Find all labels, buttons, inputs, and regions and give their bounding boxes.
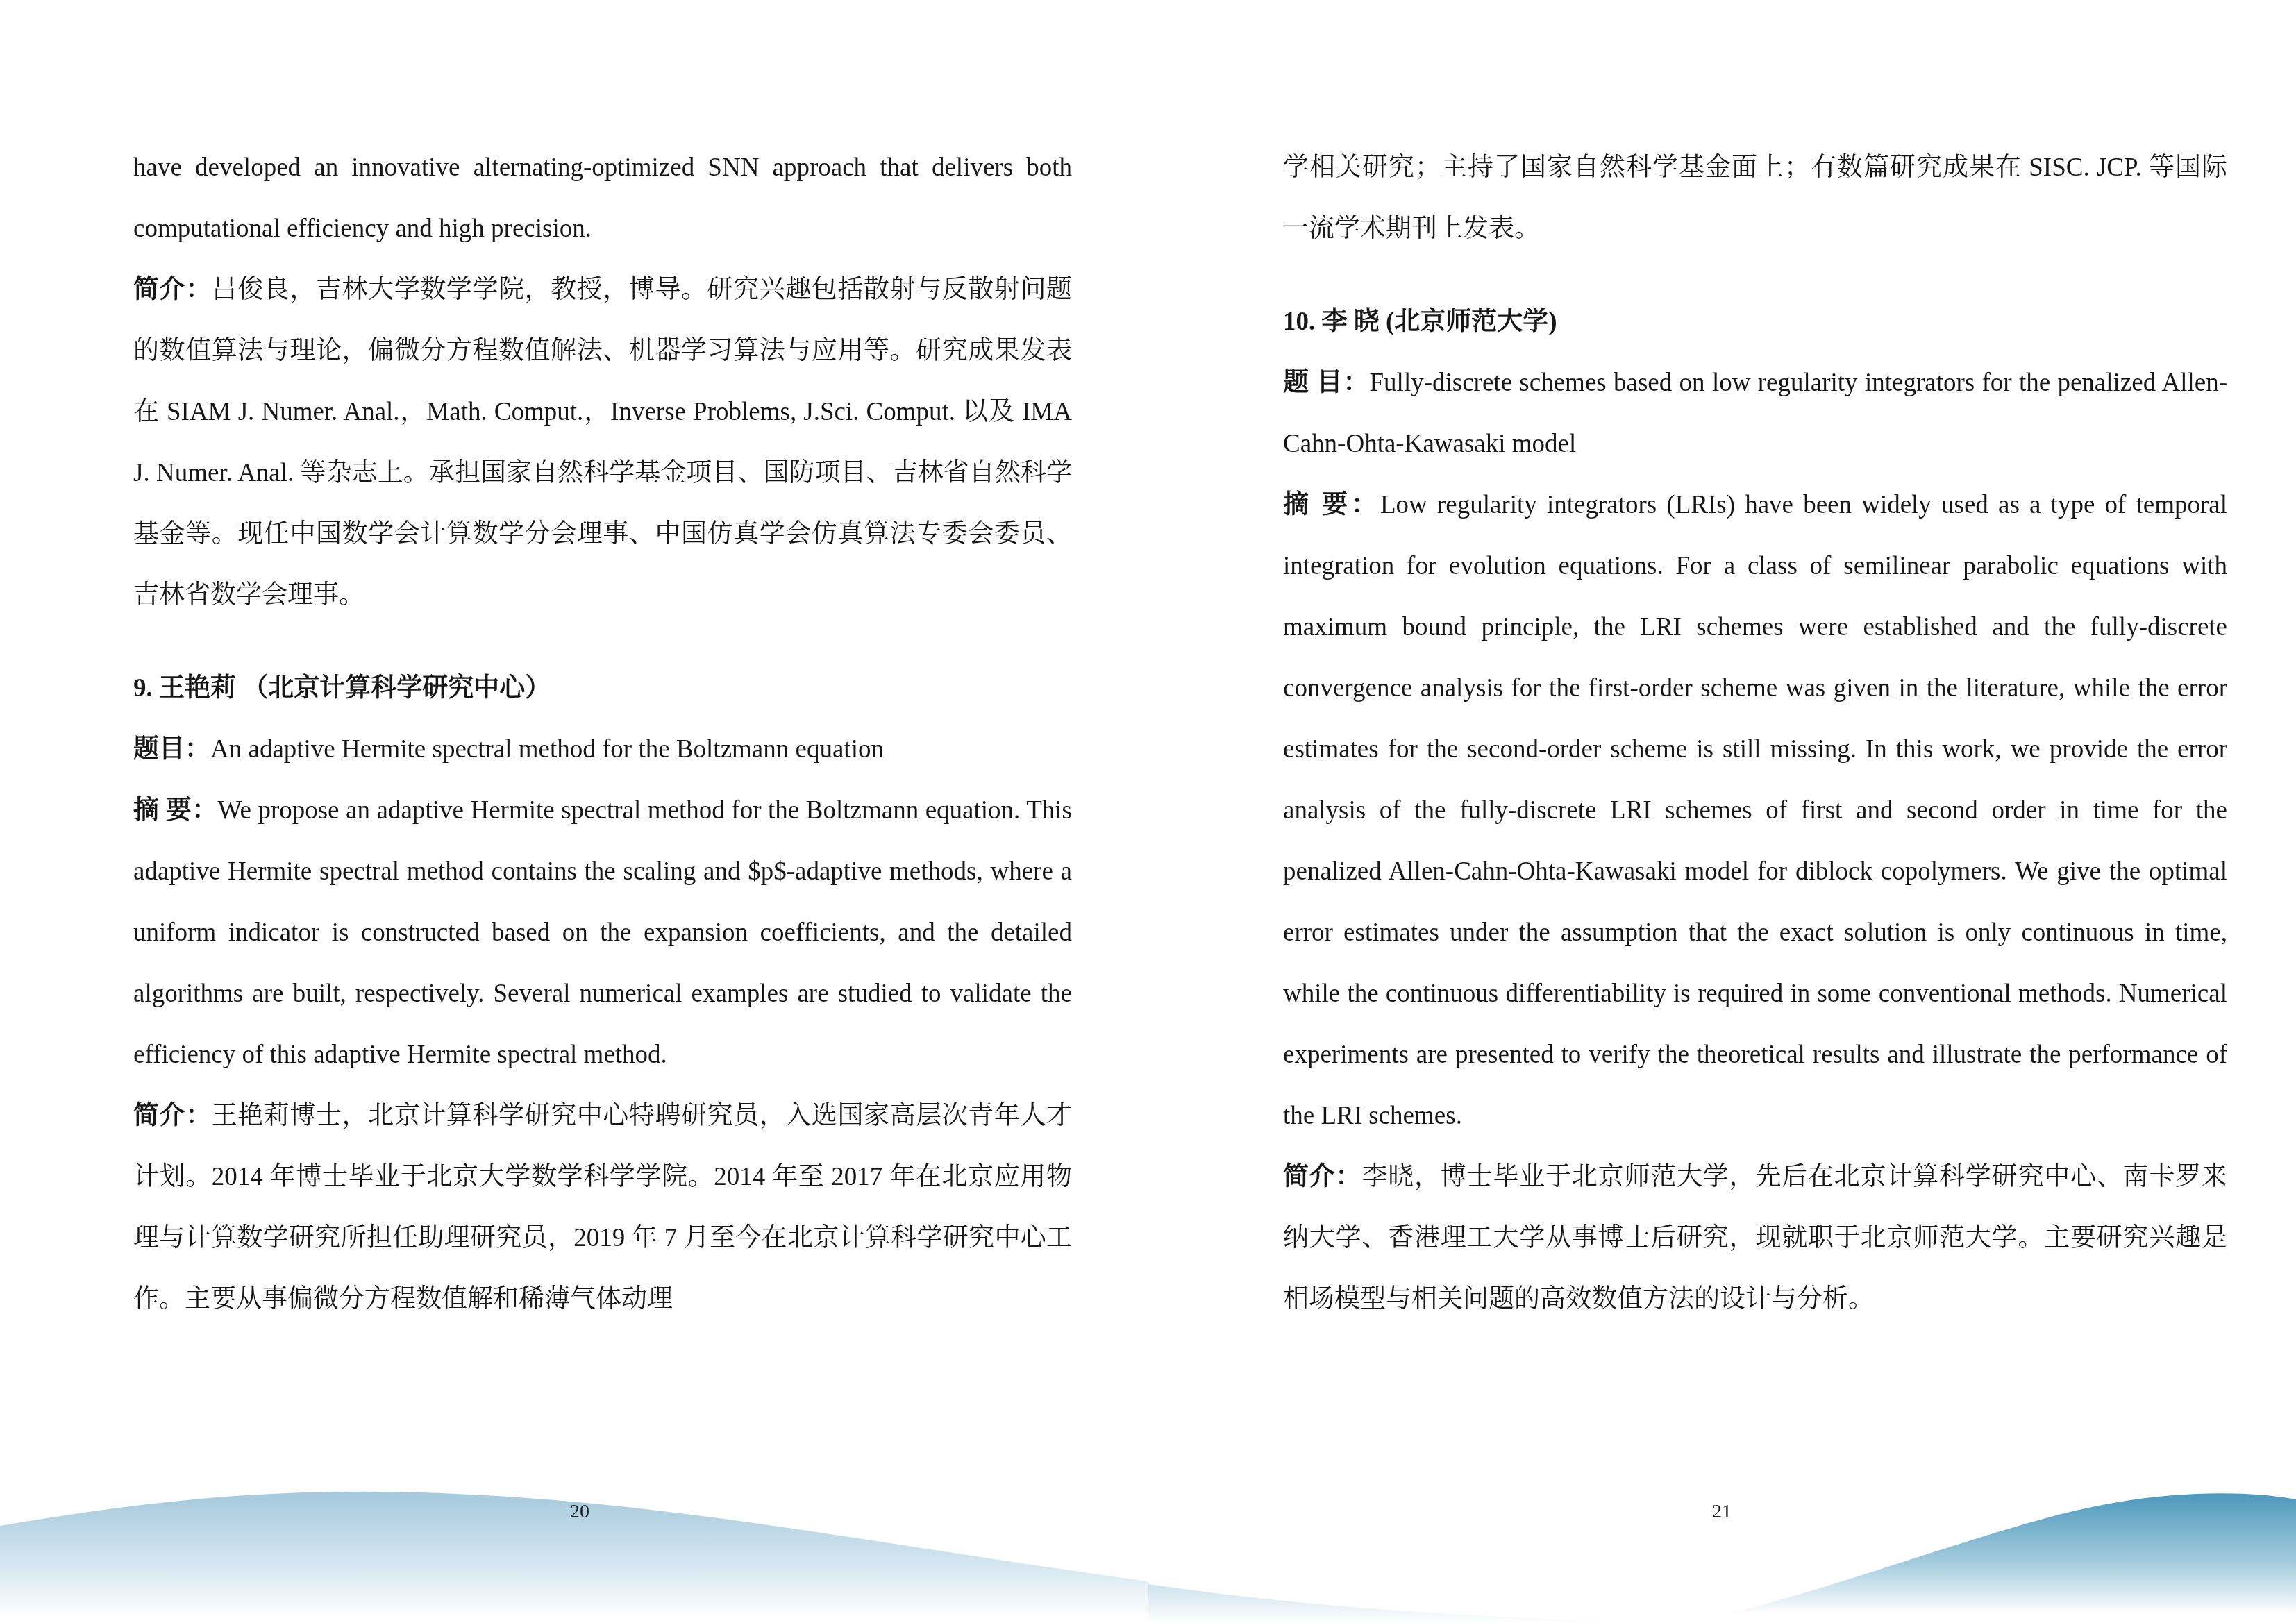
speaker9-title-text: An adaptive Hermite spectral method for … — [210, 735, 884, 764]
left-page-text-column: have developed an innovative alternating… — [133, 137, 1072, 1330]
speaker9-bio-paragraph: 简介：王艳莉博士，北京计算科学研究中心特聘研究员，入选国家高层次青年人才计划。2… — [133, 1086, 1072, 1330]
speaker10-bio-label: 简介： — [1283, 1163, 1361, 1191]
left-continuation-paragraph: have developed an innovative alternating… — [133, 137, 1072, 260]
speaker9-abstract-label: 摘 要： — [133, 796, 217, 825]
speaker8-bio-paragraph: 简介：吕俊良，吉林大学数学学院，教授，博导。研究兴趣包括散射与反散射问题的数值算… — [133, 260, 1072, 626]
speaker8-bio-text: 吕俊良，吉林大学数学学院，教授，博导。研究兴趣包括散射与反散射问题的数值算法与理… — [133, 276, 1072, 609]
speaker9-abstract-paragraph: 摘 要：We propose an adaptive Hermite spect… — [133, 780, 1072, 1086]
speaker10-abstract-text: Low regularity integrators (LRIs) have b… — [1283, 491, 2227, 1130]
speaker10-heading: 10. 李 晓 (北京师范大学) — [1283, 292, 2227, 353]
speaker9-title-label: 题目： — [133, 735, 210, 764]
speaker10-title-label: 题 目： — [1283, 369, 1370, 397]
speaker9-heading: 9. 王艳莉 （北京计算科学研究中心） — [133, 658, 1072, 719]
speaker10-abstract-label: 摘 要： — [1283, 491, 1380, 519]
right-continuation-paragraph: 学相关研究；主持了国家自然科学基金面上；有数篇研究成果在 SISC. JCP. … — [1283, 137, 2227, 260]
speaker10-title-text: Fully-discrete schemes based on low regu… — [1283, 369, 2227, 458]
speaker10-abstract-paragraph: 摘 要：Low regularity integrators (LRIs) ha… — [1283, 475, 2227, 1147]
page-number-right: 21 — [1687, 1501, 1757, 1523]
speaker10-title-paragraph: 题 目：Fully-discrete schemes based on low … — [1283, 353, 2227, 475]
right-page-text-column: 学相关研究；主持了国家自然科学基金面上；有数篇研究成果在 SISC. JCP. … — [1283, 137, 2227, 1330]
speaker10-bio-paragraph: 简介：李晓，博士毕业于北京师范大学，先后在北京计算科学研究中心、南卡罗来纳大学、… — [1283, 1147, 2227, 1330]
speaker9-title-paragraph: 题目：An adaptive Hermite spectral method f… — [133, 719, 1072, 780]
page-number-left: 20 — [545, 1501, 614, 1523]
speaker10-bio-text: 李晓，博士毕业于北京师范大学，先后在北京计算科学研究中心、南卡罗来纳大学、香港理… — [1283, 1163, 2227, 1313]
right-page-teal-wave — [1687, 1493, 2296, 1623]
speaker8-bio-label: 简介： — [133, 276, 212, 304]
speaker9-abstract-text: We propose an adaptive Hermite spectral … — [133, 796, 1072, 1069]
speaker9-bio-text: 王艳莉博士，北京计算科学研究中心特聘研究员，入选国家高层次青年人才计划。2014… — [133, 1102, 1072, 1313]
booklet-two-page-spread: have developed an innovative alternating… — [0, 0, 2296, 1623]
speaker9-bio-label: 简介： — [133, 1102, 212, 1130]
left-continuation-text: have developed an innovative alternating… — [133, 153, 1072, 243]
right-page-wave-tail — [1148, 1584, 1687, 1623]
right-continuation-text: 学相关研究；主持了国家自然科学基金面上；有数篇研究成果在 SISC. JCP. … — [1283, 153, 2227, 243]
